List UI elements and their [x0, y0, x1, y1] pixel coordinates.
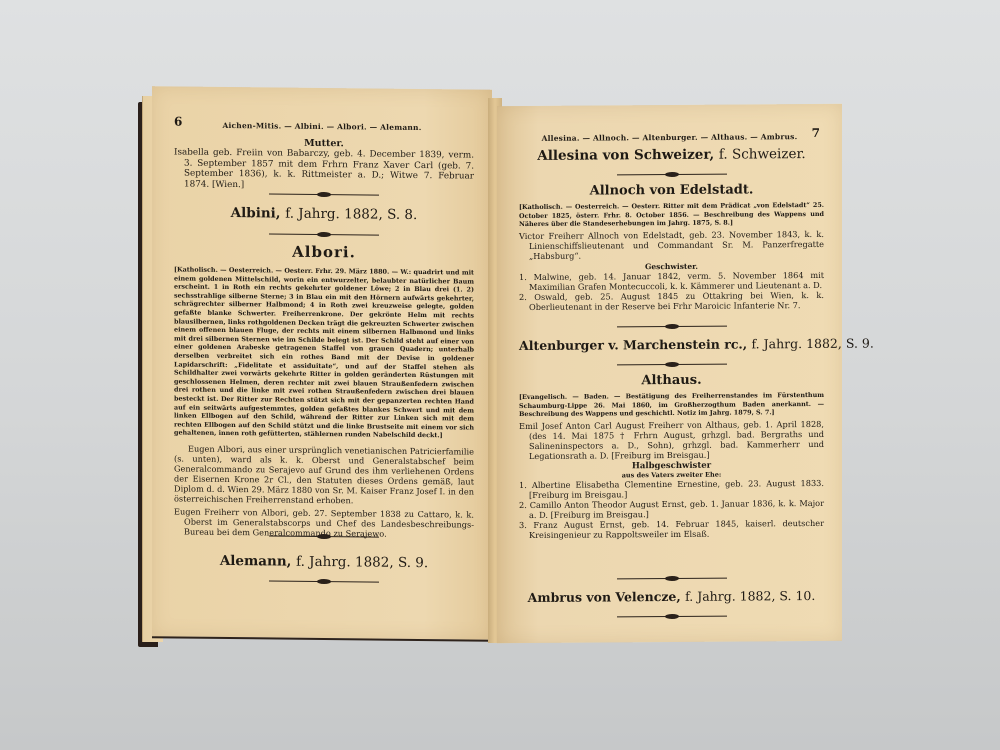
divider — [519, 170, 824, 180]
left-page: 6 Aichen-Mitis. — Albini. — Albori. — Al… — [152, 86, 492, 642]
ornament-divider — [617, 323, 727, 332]
althaus-person-text: Emil Josef Anton Carl August Freiherr vo… — [519, 419, 824, 461]
albori-heading: Albori. — [174, 241, 474, 262]
allnoch-heading: Allnoch von Edelstadt. — [519, 182, 824, 199]
open-book: 6 Aichen-Mitis. — Albini. — Albori. — Al… — [0, 0, 1000, 750]
running-head: Allesina. — Allnoch. — Altenburger. — Al… — [497, 132, 842, 143]
althaus-arms-text: [Evangelisch. — Baden. — Bestätigung des… — [519, 391, 824, 419]
divider — [519, 322, 824, 332]
entry-name: Albini, — [231, 205, 281, 222]
entry-reference: f. Jahrg. 1882, S. 10. — [685, 588, 815, 604]
althaus-section: Althaus. [Evangelisch. — Baden. — Bestät… — [519, 372, 824, 540]
mutter-text: Isabella geb. Freiin von Babarczy, geb. … — [174, 147, 474, 192]
ornament-divider — [617, 171, 727, 180]
entry-name: Ambrus von Velencze, — [528, 589, 681, 605]
divider — [519, 574, 824, 584]
albori-section: Albori. [Katholisch. — Oesterreich. — Oe… — [174, 241, 474, 539]
entry-heading: Albini, f. Jahrg. 1882, S. 8. — [174, 204, 474, 223]
entry-name: Alemann, — [220, 553, 292, 570]
ornament-divider — [617, 361, 727, 370]
albori-arms-text: [Katholisch. — Oesterreich. — Oesterr. F… — [174, 265, 474, 440]
ornament-divider — [269, 532, 379, 541]
entry-name: Allesina von Schweizer, — [537, 147, 714, 164]
allnoch-person-text: Victor Freiherr Allnoch von Edelstadt, g… — [519, 229, 824, 261]
alemann-entry: Alemann, f. Jahrg. 1882, S. 9. — [174, 552, 474, 571]
right-page: 7 Allesina. — Allnoch. — Altenburger. — … — [497, 104, 842, 643]
entry-reference: f. Schweizer. — [719, 146, 806, 163]
half-sibling-item: 3. Franz August Ernst, geb. 14. Februar … — [519, 518, 824, 540]
running-head: Aichen-Mitis. — Albini. — Albori. — Alem… — [152, 120, 492, 133]
divider — [174, 576, 474, 587]
albori-history-text: Eugen Albori, aus einer ursprünglich ven… — [174, 443, 474, 506]
entry-reference: f. Jahrg. 1882, S. 9. — [752, 336, 874, 352]
allnoch-section: Allnoch von Edelstadt. [Katholisch. — Oe… — [519, 182, 824, 312]
entry-reference: f. Jahrg. 1882, S. 9. — [296, 554, 428, 571]
ornament-divider — [269, 190, 379, 199]
altenburger-entry: Altenburger v. Marchenstein rc., f. Jahr… — [519, 336, 824, 353]
divider — [174, 229, 474, 240]
althaus-heading: Althaus. — [519, 372, 824, 389]
mutter-section: Mutter. Isabella geb. Freiin von Babarcz… — [174, 136, 474, 192]
half-sibling-item: 2. Camillo Anton Theodor August Ernst, g… — [519, 498, 824, 520]
entry-reference: f. Jahrg. 1882, S. 8. — [285, 206, 417, 223]
divider — [519, 360, 824, 370]
ambrus-entry: Ambrus von Velencze, f. Jahrg. 1882, S. … — [519, 588, 824, 605]
half-sibling-item: 1. Albertine Elisabetha Clementine Ernes… — [519, 478, 824, 500]
ornament-divider — [269, 230, 379, 239]
albini-entry: Albini, f. Jahrg. 1882, S. 8. — [174, 204, 474, 223]
divider — [519, 612, 824, 622]
ornament-divider — [269, 577, 379, 586]
ornament-divider — [617, 613, 727, 622]
sibling-item: 1. Malwine, geb. 14. Januar 1842, verm. … — [519, 270, 824, 292]
entry-name: Altenburger v. Marchenstein rc., — [519, 336, 747, 353]
sibling-item: 2. Oswald, geb. 25. August 1845 zu Ottak… — [519, 290, 824, 312]
allesina-entry: Allesina von Schweizer, f. Schweizer. — [519, 146, 824, 164]
ornament-divider — [617, 575, 727, 584]
allnoch-arms-text: [Katholisch. — Oesterreich. — Oesterr. R… — [519, 201, 824, 229]
